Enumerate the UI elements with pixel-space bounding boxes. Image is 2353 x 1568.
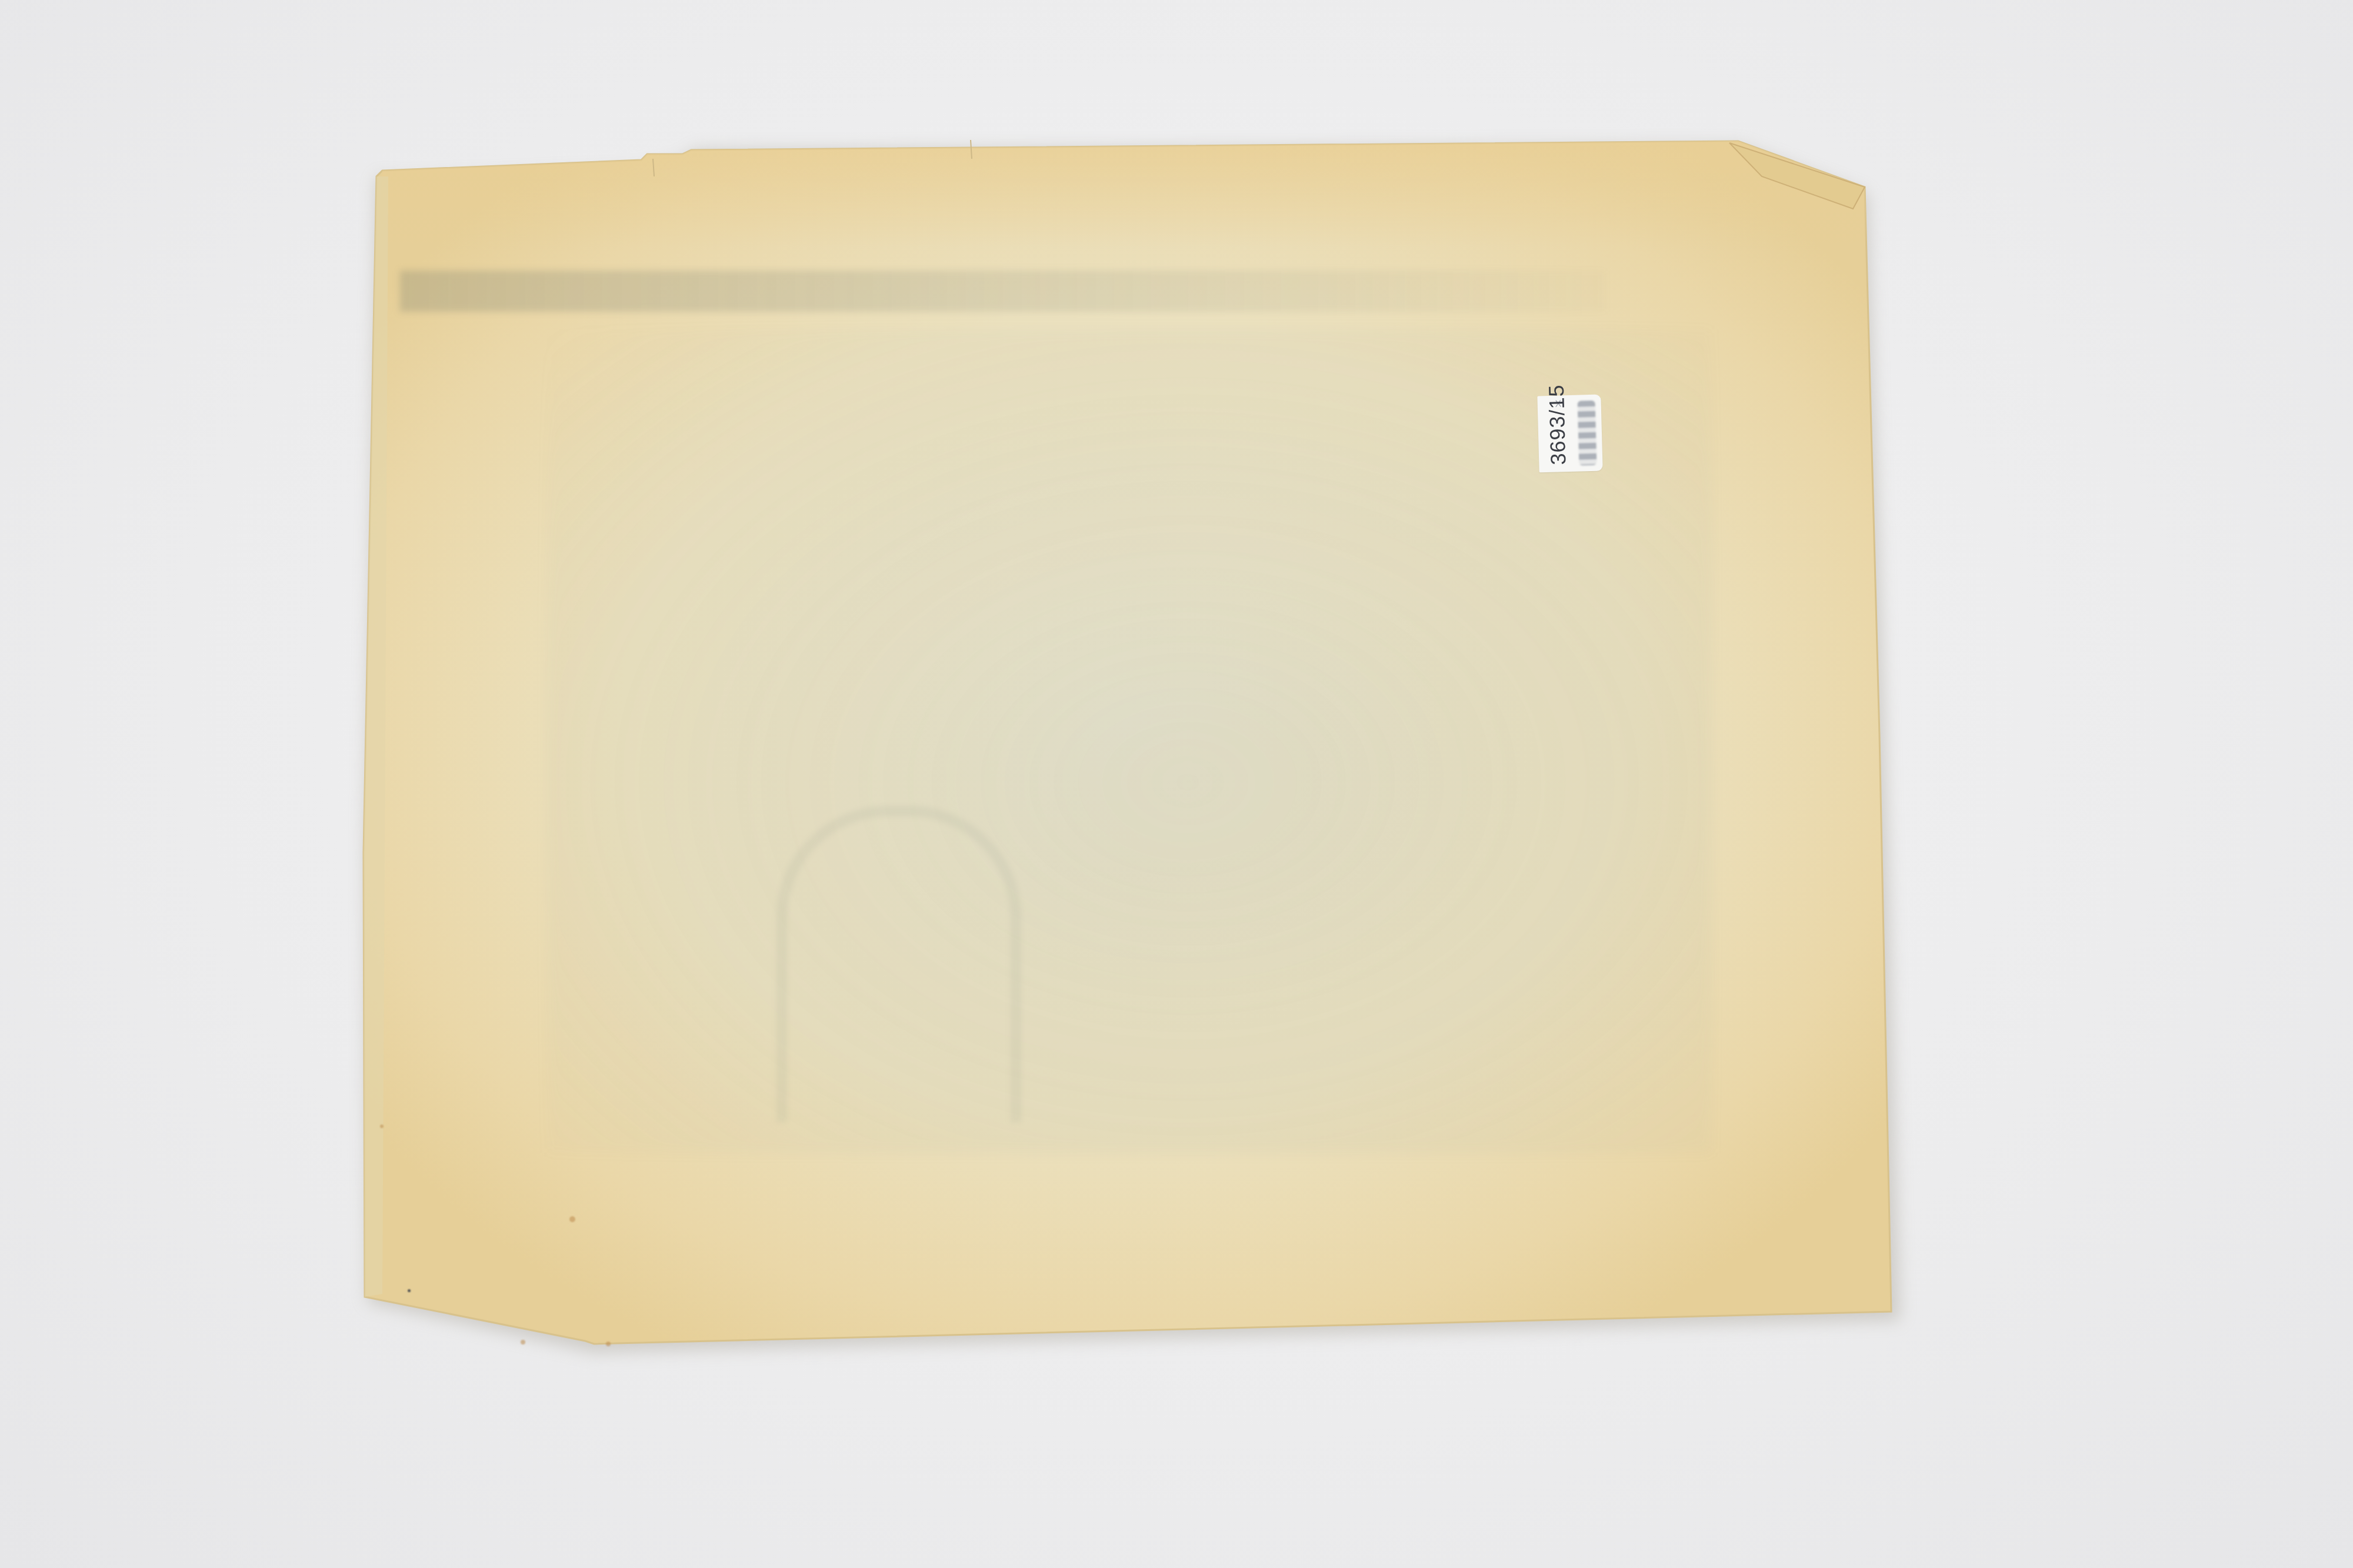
label-number: 3693/15 bbox=[1544, 384, 1571, 465]
foxing-spot bbox=[569, 1216, 575, 1222]
photo-background: X 3693/15 bbox=[0, 0, 2353, 1568]
foxing-spot bbox=[380, 1125, 384, 1128]
dirt-speck bbox=[408, 1289, 411, 1292]
show-through-arch-shape bbox=[776, 806, 1021, 1122]
foxing-spot bbox=[521, 1340, 525, 1345]
show-through-title-band bbox=[400, 271, 1606, 312]
foxing-spot bbox=[606, 1342, 611, 1346]
label-stamp-icon bbox=[1578, 401, 1597, 466]
inventory-label: X 3693/15 bbox=[1537, 395, 1602, 473]
show-through-image-area bbox=[547, 329, 1712, 1153]
